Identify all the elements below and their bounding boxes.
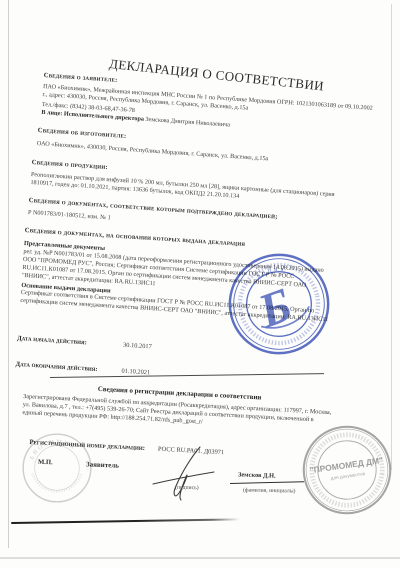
svg-text:БИОХИМИК: БИОХИМИК (29, 439, 77, 460)
page-edge-left (8, 0, 9, 548)
scan-artifact-line (11, 518, 240, 524)
page-edge-bottom (0, 557, 400, 559)
validity-start-value: 30.10.2017 (123, 342, 152, 351)
blue-copy-stamp: копия Б (216, 241, 342, 367)
signature-caption: (подпись) (175, 485, 199, 491)
promomed-round-stamp: "ПРОМОМЕД ДМ" для документов (295, 418, 398, 521)
right-stamp-subtitle: для документов (330, 471, 366, 481)
scanned-declaration-page: ДЕКЛАРАЦИЯ О СООТВЕТСТВИИ Сведения о зая… (0, 0, 400, 568)
page-edge-right (391, 4, 392, 470)
signee-name: Земсков Д.Н. (238, 471, 276, 479)
section-registration: Сведения о регистрации декларации о соот… (22, 382, 335, 433)
left-stamp-ring-text: БИОХИМИК (29, 439, 77, 460)
signee-caption: (фамилия, инициалы) (243, 488, 296, 495)
signee-underline (230, 481, 304, 484)
blue-stamp-monogram: Б (251, 278, 299, 339)
handwritten-signature (148, 444, 220, 502)
applicant-round-stamp: БИОХИМИК (20, 432, 94, 504)
validity-start-label: Дата начала действия: (17, 335, 119, 348)
validity-end-label: Дата окончания действия: (15, 361, 117, 374)
